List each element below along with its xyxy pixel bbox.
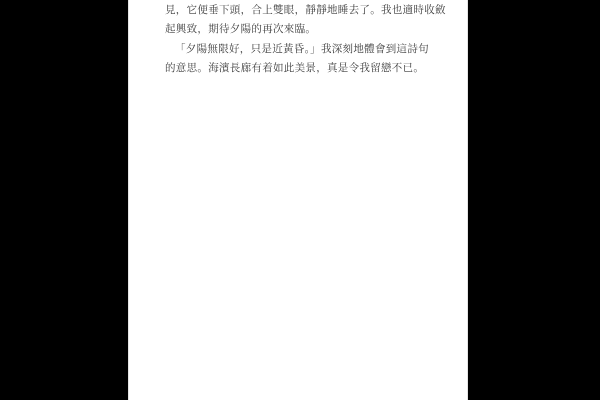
text-line: 起興致，期待夕陽的再次來臨。 (165, 20, 433, 39)
text-line: 「夕陽無限好，只是近黃昏。」我深刻地體會到這詩句 (165, 40, 433, 59)
paragraph-text: 見，它便垂下頭，合上雙眼，靜靜地睡去了。我也適時收斂 起興致，期待夕陽的再次來臨… (165, 1, 433, 79)
document-page[interactable]: 見，它便垂下頭，合上雙眼，靜靜地睡去了。我也適時收斂 起興致，期待夕陽的再次來臨… (128, 0, 468, 400)
viewer-background: 見，它便垂下頭，合上雙眼，靜靜地睡去了。我也適時收斂 起興致，期待夕陽的再次來臨… (0, 0, 600, 400)
text-line: 見，它便垂下頭，合上雙眼，靜靜地睡去了。我也適時收斂 (165, 1, 433, 20)
text-line: 的意思。海濱長廊有着如此美景，真是令我留戀不已。 (165, 59, 433, 78)
